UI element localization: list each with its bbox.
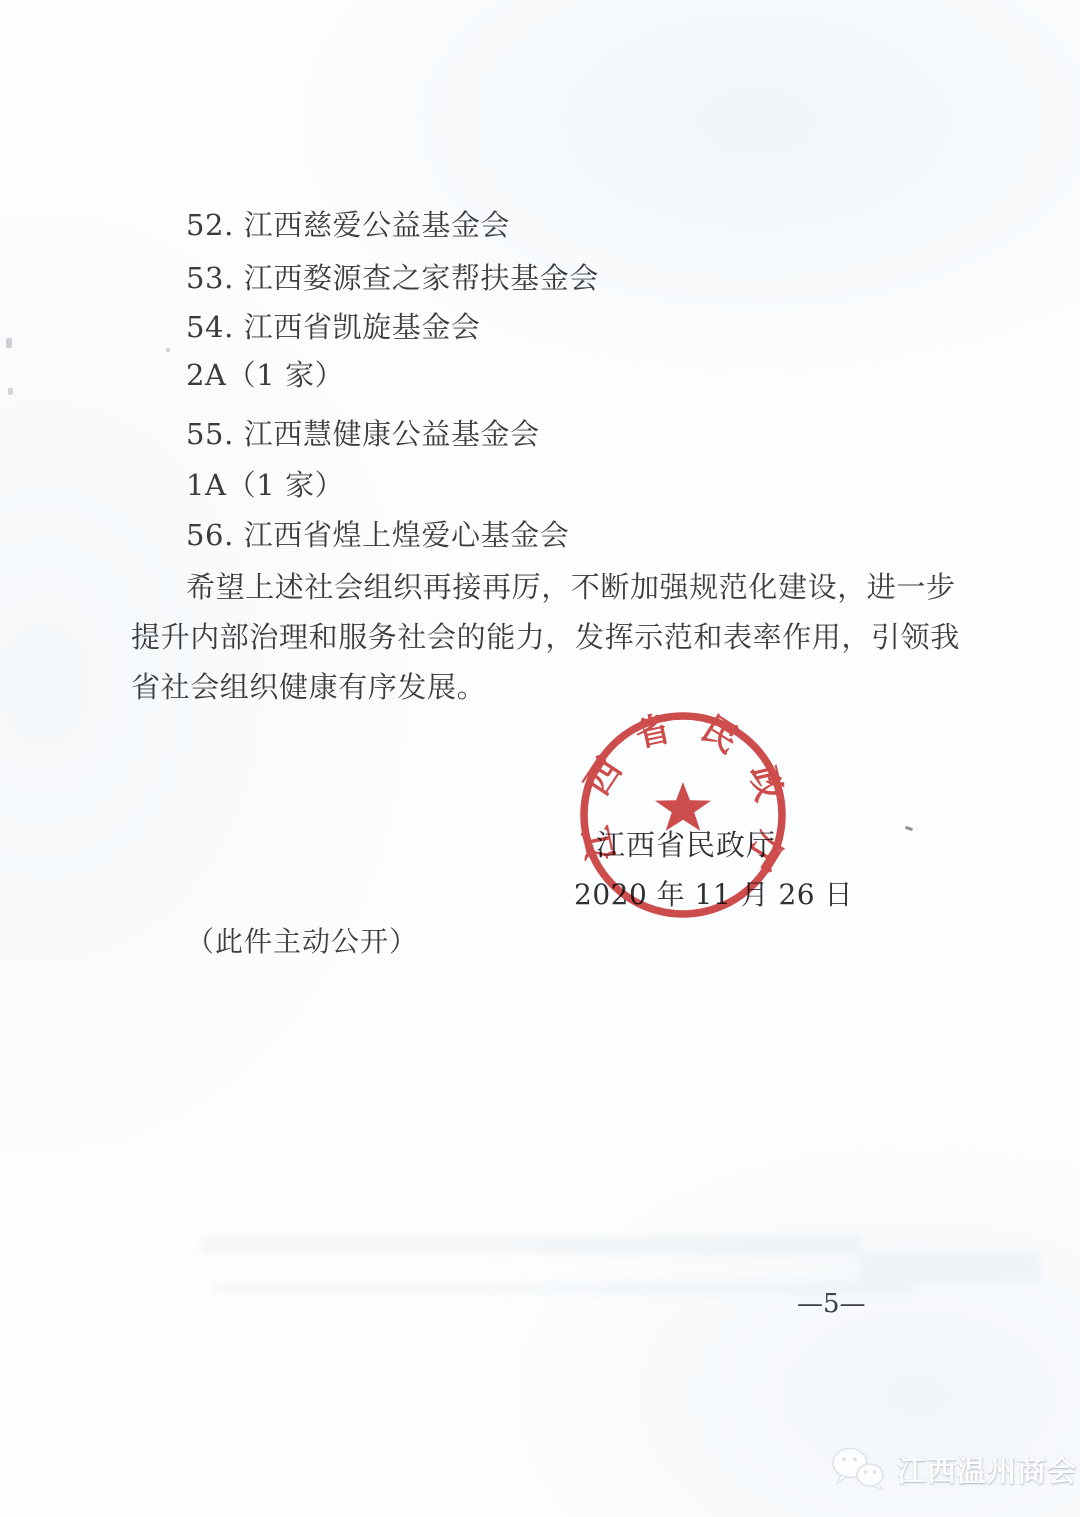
scan-artifact <box>8 388 13 395</box>
paragraph-line-1: 希望上述社会组织再接再厉，不断加强规范化建设，进一步 <box>186 573 956 602</box>
list-item-52: 52. 江西慈爱公益基金会 <box>186 211 510 240</box>
scan-artifact <box>6 338 12 348</box>
list-item-55: 55. 江西慧健康公益基金会 <box>186 420 540 449</box>
paragraph-line-2: 提升内部治理和服务社会的能力，发挥示范和表率作用，引领我 <box>131 623 960 652</box>
watermark-label: 江西温州商会 <box>897 1449 1077 1490</box>
wechat-icon <box>829 1445 891 1493</box>
scan-bleedthrough <box>200 1236 860 1254</box>
scan-artifact <box>905 826 914 831</box>
official-seal: 江西省民政厅 <box>566 698 800 932</box>
page-number: —5— <box>797 1291 866 1317</box>
paragraph-line-3: 省社会组织健康有序发展。 <box>131 673 486 702</box>
watermark: 江西温州商会 <box>829 1445 1077 1493</box>
disclosure-note: （此件主动公开） <box>186 928 418 956</box>
grade-heading-2a: 2A（1 家） <box>186 361 344 390</box>
document-page: 52. 江西慈爱公益基金会 53. 江西婺源查之家帮扶基金会 54. 江西省凯旋… <box>0 0 1080 1517</box>
list-item-53: 53. 江西婺源查之家帮扶基金会 <box>186 264 599 293</box>
scan-artifact <box>166 348 170 352</box>
list-item-54: 54. 江西省凯旋基金会 <box>186 313 481 342</box>
list-item-56: 56. 江西省煌上煌爱心基金会 <box>186 521 569 550</box>
grade-heading-1a: 1A（1 家） <box>186 471 344 500</box>
seal-star-icon <box>655 782 711 831</box>
scan-bleedthrough <box>860 1252 1040 1282</box>
